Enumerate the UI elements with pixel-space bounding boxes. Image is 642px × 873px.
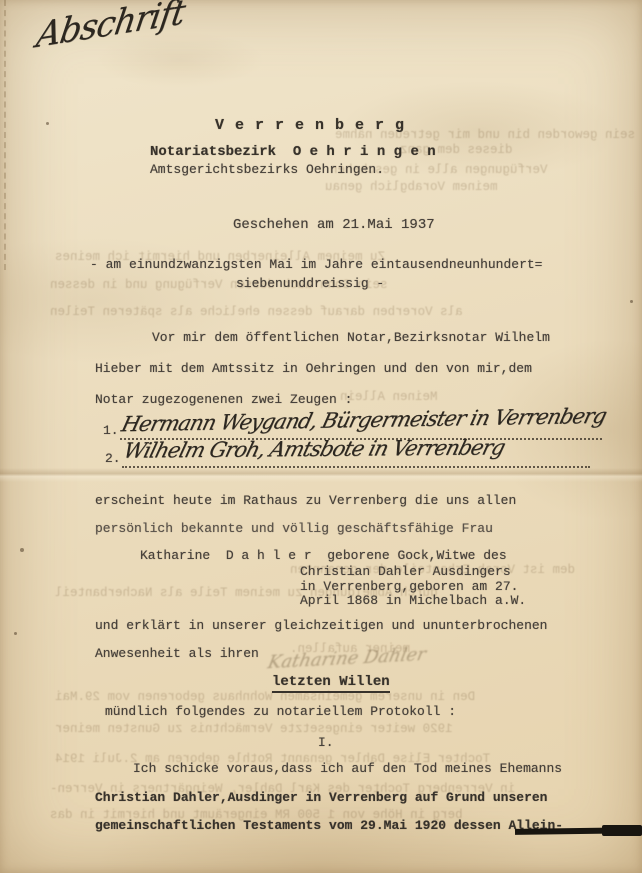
- paper-stain: [14, 632, 17, 635]
- ghost-text-line: als Vorerben darauf dessen eheliche als …: [50, 305, 463, 319]
- declare-line-2: Anwesenheit als ihren: [95, 647, 259, 660]
- document-page: sein geworden bin und mir getreuen nähme…: [0, 0, 642, 873]
- date-line: Geschehen am 21.Mai 1937: [233, 218, 435, 232]
- date-words-line-1: - am einundzwanzigsten Mai im Jahre eint…: [90, 258, 542, 271]
- witness-2-name-handwritten: Wilhelm Groh, Amtsbote in Verrenberg: [121, 435, 507, 462]
- notar-line-3: Notar zugezogenenen zwei Zeugen :: [95, 393, 352, 406]
- person-line-3: in Verrenberg,geboren am 27.: [300, 580, 518, 593]
- person-line-4: April 1868 in Michelbach a.W.: [300, 594, 526, 607]
- witness-1-number: 1.: [103, 424, 119, 437]
- fold-crease: [0, 468, 642, 482]
- fold-crease: [4, 0, 6, 270]
- declare-line-1: und erklärt in unserer gleichzeitigen un…: [95, 619, 547, 632]
- protocol-line: mündlich folgendes zu notariellem Protok…: [105, 705, 456, 718]
- ghost-text-line: Meinen Allein: [340, 390, 438, 404]
- body-line-1: Ich schicke voraus,dass ich auf den Tod …: [133, 762, 562, 775]
- notar-line-1: Vor mir dem öffentlichen Notar,Bezirksno…: [152, 331, 550, 344]
- appear-line-2: persönlich bekannte und völlig geschäfts…: [95, 522, 493, 535]
- district-line-2: Amtsgerichtsbezirks Oehringen.: [150, 163, 384, 176]
- paper-stain: [20, 548, 24, 552]
- district-line-1: Notariatsbezirk O e h r i n g e n: [150, 145, 436, 159]
- will-heading: letzten Willen: [272, 675, 390, 693]
- paper-stain: [630, 300, 633, 303]
- section-numeral: I.: [318, 736, 334, 749]
- person-line-2: Christian Dahler Ausdingers: [300, 565, 511, 578]
- ghost-text-line: Den in unserem gemeinsamen Wohnhaus gebo…: [55, 690, 475, 704]
- handwritten-annotation: Abschrift: [34, 0, 188, 56]
- body-line-2: Christian Dahler,Ausdinger in Verrenberg…: [95, 791, 547, 804]
- notar-line-2: Hieber mit dem Amtssitz in Oehringen und…: [95, 362, 532, 375]
- body-line-3: gemeinschaftlichen Testaments vom 29.Mai…: [95, 819, 563, 832]
- person-line-1: Katharine D a h l e r geborene Gock,Witw…: [140, 549, 507, 562]
- appear-line-1: erscheint heute im Rathaus zu Verrenberg…: [95, 494, 516, 507]
- ghost-text-line: meinem Vorabglich genau: [325, 180, 498, 194]
- photo-edge-shadow: [602, 825, 642, 836]
- witness-2-number: 2.: [105, 452, 121, 465]
- paper-stain: [46, 122, 49, 125]
- witness-2-dotted-line: [122, 465, 590, 468]
- date-words-line-2: siebenunddreissig -: [236, 277, 384, 290]
- ghost-text-line: 1920 weiter eingesetzte Vermächtnis zu G…: [55, 722, 453, 736]
- witness-1-name-handwritten: Hermann Weygand, Bürgermeister in Verren…: [119, 404, 609, 437]
- place-heading: V e r r e n b e r g: [215, 118, 405, 133]
